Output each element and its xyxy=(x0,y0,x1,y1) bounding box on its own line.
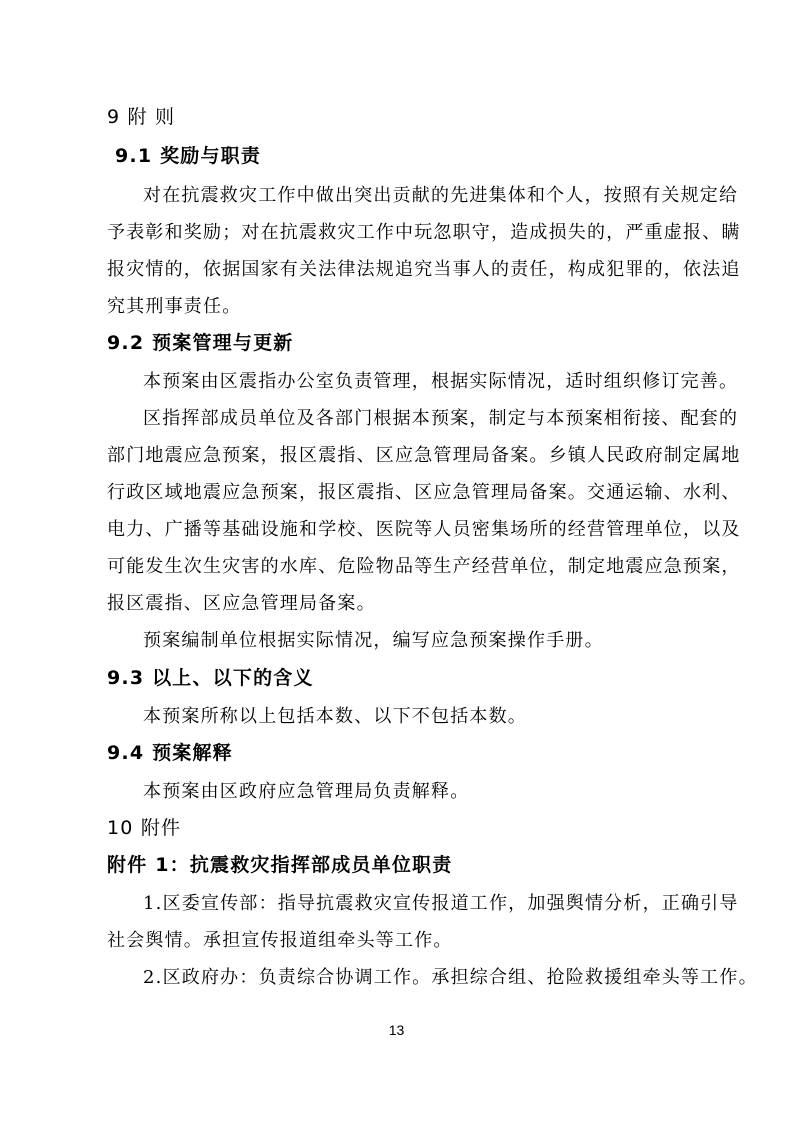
paragraph-line: 究其刑事责任。 xyxy=(107,295,241,319)
section-9-3-heading: 9.3 以上、以下的含义 xyxy=(107,666,314,690)
paragraph-line: 予表彰和奖励；对在抗震救灾工作中玩忽职守，造成损失的，严重虚报、瞒 xyxy=(107,221,741,245)
annex-1-heading: 附件 1：抗震救灾指挥部成员单位职责 xyxy=(107,853,452,877)
page-number: 13 xyxy=(0,1022,793,1038)
paragraph-line: 区指挥部成员单位及各部门根据本预案，制定与本预案相衔接、配套的 xyxy=(143,407,738,431)
paragraph-line: 预案编制单位根据实际情况，编写应急预案操作手册。 xyxy=(143,629,604,653)
paragraph-line: 2.区政府办：负责综合协调工作。承担综合组、抢险救援组牵头等工作。 xyxy=(143,966,758,990)
paragraph-line: 报区震指、区应急管理局备案。 xyxy=(107,592,376,616)
paragraph-line: 本预案由区政府应急管理局负责解释。 xyxy=(143,780,469,804)
paragraph-line: 部门地震应急预案，报区震指、区应急管理局备案。乡镇人民政府制定属地 xyxy=(107,444,741,468)
paragraph-line: 1.区委宣传部：指导抗震救灾宣传报道工作，加强舆情分析，正确引导 xyxy=(143,892,739,916)
section-9-4-heading: 9.4 预案解释 xyxy=(107,741,233,765)
paragraph-line: 对在抗震救灾工作中做出突出贡献的先进集体和个人，按照有关规定给 xyxy=(143,184,738,208)
paragraph-line: 本预案由区震指办公室负责管理，根据实际情况，适时组织修订完善。 xyxy=(143,370,738,394)
paragraph-line: 报灾情的，依据国家有关法律法规追究当事人的责任，构成犯罪的，依法追 xyxy=(107,258,741,282)
document-page: 9 附 则 9.1 奖励与职责 对在抗震救灾工作中做出突出贡献的先进集体和个人，… xyxy=(0,0,793,1122)
paragraph-line: 本预案所称以上包括本数、以下不包括本数。 xyxy=(143,705,527,729)
section-9-2-heading: 9.2 预案管理与更新 xyxy=(107,331,293,355)
paragraph-line: 社会舆情。承担宣传报道组牵头等工作。 xyxy=(107,929,453,953)
section-9-1-heading: 9.1 奖励与职责 xyxy=(115,144,261,168)
chapter-9-heading: 9 附 则 xyxy=(107,105,175,129)
chapter-10-heading: 10 附件 xyxy=(107,816,181,840)
paragraph-line: 行政区域地震应急预案，报区震指、区应急管理局备案。交通运输、水利、 xyxy=(107,481,741,505)
paragraph-line: 可能发生次生灾害的水库、危险物品等生产经营单位，制定地震应急预案， xyxy=(107,555,741,579)
paragraph-line: 电力、广播等基础设施和学校、医院等人员密集场所的经营管理单位，以及 xyxy=(107,518,741,542)
